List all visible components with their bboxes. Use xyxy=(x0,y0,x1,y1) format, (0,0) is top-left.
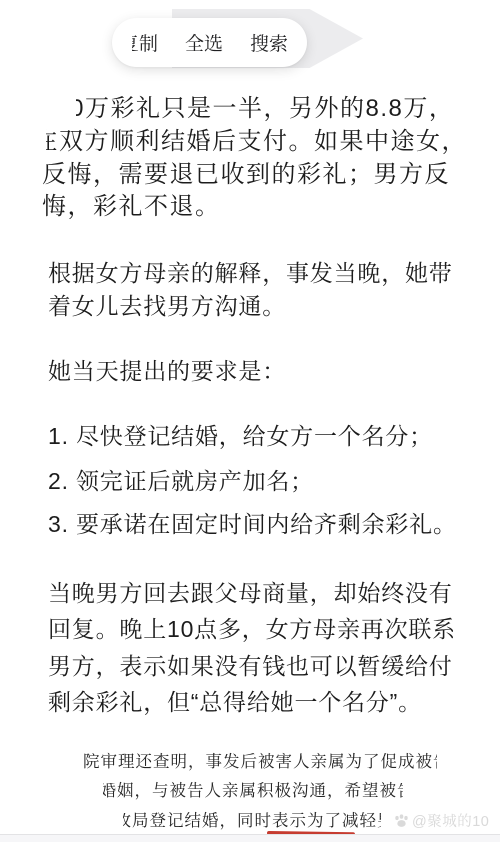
article-screenshot-page: 复制 全选 搜索 0万彩礼只是一半，另外的8.8万， 在双方顺利结婚后支付。如果… xyxy=(0,0,500,842)
watermark-handle: @聚城的10 xyxy=(412,810,489,831)
article-line: 她当天提出的要求是： xyxy=(48,359,286,383)
article-line: 在双方顺利结婚后支付。如果中途女， xyxy=(46,129,467,157)
paw-icon xyxy=(394,814,409,828)
line-text: 男方，表示如果没有钱也可以暂缓给付 xyxy=(48,653,453,679)
clipped-glyph: 婚 xyxy=(103,783,117,802)
court-note-line: 政局登记结婚，同时表示为了减轻男 xyxy=(123,813,381,832)
card-bottom-edge xyxy=(0,834,500,842)
select-all-label: 全选 xyxy=(185,29,223,56)
clipped-glyph: 告 xyxy=(397,783,403,802)
copy-label-clipped: 复 xyxy=(132,29,139,51)
select-all-button[interactable]: 全选 xyxy=(185,29,223,56)
list-item: 3. 要承诺在固定时间内给齐剩余彩礼。 xyxy=(48,512,457,536)
article-line: 0万彩礼只是一半，另外的8.8万， xyxy=(76,96,454,124)
article-line: 反悔，需要退已收到的彩礼；男方反 xyxy=(42,162,450,187)
line-text: 院审理还查明，事发后被害人亲属为了促成被 xyxy=(83,753,433,771)
line-text: 局登记结婚，同时 xyxy=(132,812,272,830)
clipped-glyph: 0 xyxy=(76,96,85,124)
line-text: 悔，彩礼不退。 xyxy=(42,193,221,220)
copy-button[interactable]: 复制 xyxy=(132,29,158,56)
article-line: 男方，表示如果没有钱也可以暂缓给付 xyxy=(48,654,453,678)
line-text: 1. 尽快登记结婚，给女方一个名分； xyxy=(48,423,433,449)
clipped-glyph: 政 xyxy=(123,813,132,832)
watermark: @聚城的10 xyxy=(394,810,489,831)
court-note-line: 婚姻，与被告人亲属积极沟通，希望被告 xyxy=(103,783,403,802)
line-text: 回复。晚上10点多，女方母亲再次联系 xyxy=(48,616,456,642)
line-text: 反悔，需要退已收到的彩礼；男方反 xyxy=(42,161,450,188)
article-line: 剩余彩礼，但“总得给她一个名分”。 xyxy=(48,690,422,714)
clipped-glyph: 告 xyxy=(433,754,437,773)
line-text: 3. 要承诺在固定时间内给齐剩余彩礼。 xyxy=(48,511,457,537)
court-note-line: 院审理还查明，事发后被害人亲属为了促成被告 xyxy=(83,754,437,773)
clipped-glyph: 男 xyxy=(377,813,381,832)
line-text: 2. 领完证后就房产加名； xyxy=(48,468,314,494)
red-underlined-text: 表示为了减轻 xyxy=(272,812,377,830)
line-text: 她当天提出的要求是： xyxy=(48,358,286,384)
copy-label: 制 xyxy=(139,29,158,56)
line-text: 根据女方母亲的解释，事发当晚，她带 xyxy=(48,260,453,286)
article-line: 当晚男方回去跟父母商量，却始终没有 xyxy=(48,581,453,605)
text-selection-context-menu: 复制 全选 搜索 xyxy=(112,18,307,67)
search-button[interactable]: 搜索 xyxy=(250,29,288,56)
line-text: 姻，与被告人亲属积极沟通，希望被 xyxy=(117,782,397,800)
article-line: 根据女方母亲的解释，事发当晚，她带 xyxy=(48,261,453,285)
line-text: 着女儿去找男方沟通。 xyxy=(48,293,286,319)
article-line: 着女儿去找男方沟通。 xyxy=(48,294,286,318)
line-text: 剩余彩礼，但“总得给她一个名分”。 xyxy=(48,689,422,715)
line-text: 双方顺利结婚后支付。如果中途女， xyxy=(59,128,467,155)
article-line: 回复。晚上10点多，女方母亲再次联系 xyxy=(48,617,456,641)
article-line: 悔，彩礼不退。 xyxy=(42,194,221,219)
clipped-glyph: 在 xyxy=(46,129,59,157)
list-item: 2. 领完证后就房产加名； xyxy=(48,469,314,493)
line-text: 当晚男方回去跟父母商量，却始终没有 xyxy=(48,580,453,606)
line-text: 万彩礼只是一半，另外的8.8万， xyxy=(85,95,454,122)
list-item: 1. 尽快登记结婚，给女方一个名分； xyxy=(48,424,433,448)
search-label: 搜索 xyxy=(250,29,288,56)
